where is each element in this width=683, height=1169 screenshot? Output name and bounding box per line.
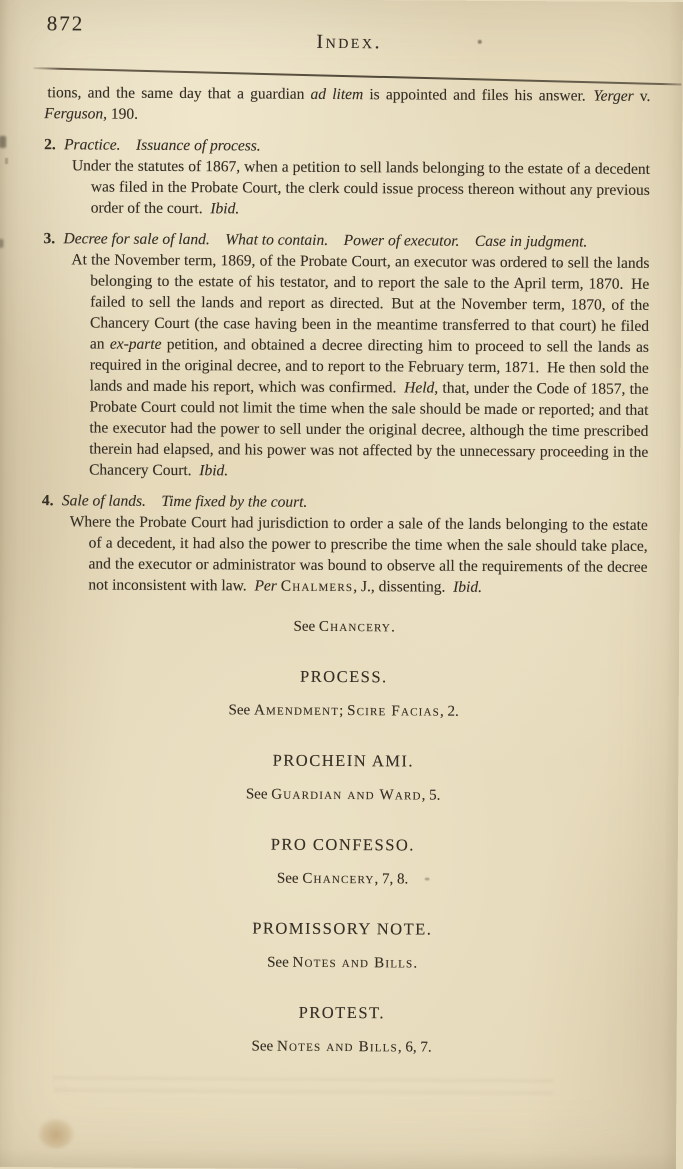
index-entry-3: 3. Decree for sale of land. What to cont…: [42, 228, 650, 484]
paper-stain: [38, 1118, 74, 1148]
scan-artifact: [0, 136, 6, 148]
book-page: 872 Index. tions, and the same day that …: [0, 0, 683, 1169]
section-heading: PROCESS.: [41, 664, 647, 689]
running-head: Index.: [8, 29, 683, 56]
scan-artifact: [5, 158, 8, 164]
entry-body: Under the statutes of 1867, when a petit…: [91, 155, 650, 221]
scan-artifact: [0, 239, 4, 248]
entry-number: 2.: [44, 134, 56, 155]
index-section-process: PROCESS. See Amendment; Scire Facias, 2.: [41, 664, 647, 724]
index-section-prochein-ami: PROCHEIN AMI. See Guardian and Ward, 5.: [40, 748, 646, 808]
section-heading: PROMISSORY NOTE.: [39, 916, 645, 941]
entry-number: 4.: [42, 490, 54, 511]
continuation-paragraph: tions, and the same day that a guardian …: [44, 82, 650, 128]
entry-number: 3.: [43, 228, 55, 249]
entry-body: At the November term, 1869, of the Proba…: [89, 249, 649, 483]
index-entry-4: 4. Sale of lands. Time fixed by the cour…: [41, 490, 648, 599]
entry-body: Where the Probate Court had jurisdiction…: [88, 511, 648, 598]
section-cross-reference: See Notes and Bills, 6, 7.: [39, 1035, 645, 1060]
section-cross-reference: See Guardian and Ward, 5.: [40, 783, 646, 808]
page-body: tions, and the same day that a guardian …: [39, 82, 651, 1060]
section-heading: PRO CONFESSO.: [40, 832, 646, 857]
cross-reference: See Chancery.: [41, 615, 647, 640]
index-section-promissory-note: PROMISSORY NOTE. See Notes and Bills.: [39, 916, 645, 976]
section-heading: PROTEST.: [39, 1000, 645, 1025]
section-cross-reference: See Notes and Bills.: [39, 951, 645, 976]
section-cross-reference: See Amendment; Scire Facias, 2.: [41, 699, 647, 724]
index-section-pro-confesso: PRO CONFESSO. See Chancery, 7, 8.: [40, 832, 646, 892]
index-entry-2: 2. Practice. Issuance of process. Under …: [44, 134, 651, 222]
section-heading: PROCHEIN AMI.: [40, 748, 646, 773]
index-section-protest: PROTEST. See Notes and Bills, 6, 7.: [39, 1000, 645, 1060]
section-cross-reference: See Chancery, 7, 8.: [40, 867, 646, 892]
show-through-ghost: [53, 1058, 553, 1101]
